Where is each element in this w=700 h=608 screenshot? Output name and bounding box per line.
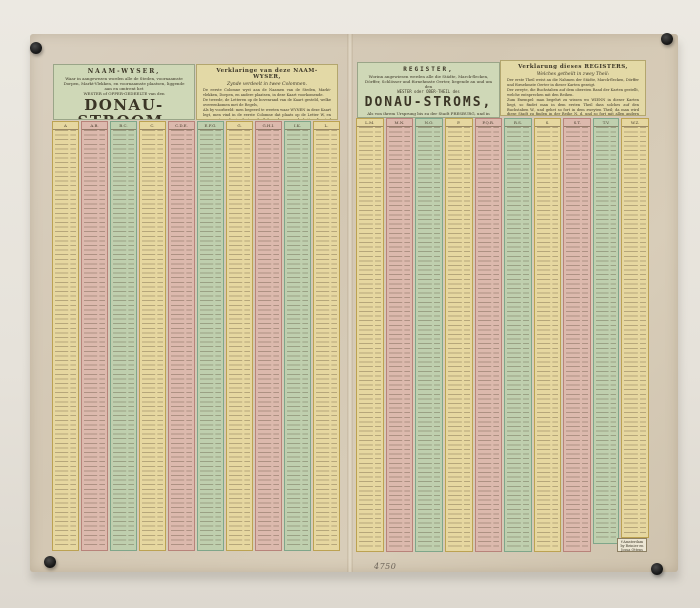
left-explanation-box: Verklaringe van deze NAAM-WYSER, Zynde v… [196, 64, 338, 120]
index-column: A.B. [81, 121, 108, 551]
column-header: G. [227, 122, 252, 130]
column-header: I.K. [285, 122, 310, 130]
index-column: I.K. [284, 121, 311, 551]
column-header: L.M. [357, 119, 383, 127]
index-entries [537, 127, 559, 549]
index-column: S.T. [563, 118, 591, 552]
pin-bottom-right-icon [651, 563, 663, 575]
index-entries [566, 127, 588, 549]
index-column: M.N. [386, 118, 414, 552]
index-entries [359, 127, 381, 549]
index-column: C. [139, 121, 166, 551]
column-header: L. [314, 122, 339, 130]
column-header: G.H.I. [256, 122, 281, 130]
inventory-mark: 4750 [374, 562, 396, 571]
index-entries [84, 130, 105, 548]
index-column: P.Q.R. [475, 118, 503, 552]
right-explanation-para2: Der zweyte, die Buchstaben auf dem obers… [507, 88, 639, 97]
index-column: R.S. [504, 118, 532, 552]
column-header: P. [446, 119, 472, 127]
right-title-extent: Als von ihrem Ursprung bis zu der Stadt … [364, 111, 493, 118]
pin-top-left-icon [30, 42, 42, 54]
left-title-heading: NAAM-WYSER, [60, 68, 188, 75]
pin-bottom-left-icon [44, 556, 56, 568]
index-entries [316, 130, 337, 548]
left-explanation-para3: Als by voorbeeld: men begeerd te weeten … [203, 108, 331, 120]
index-entries [55, 130, 76, 548]
column-header: C. [140, 122, 165, 130]
index-entries [507, 127, 529, 549]
right-explanation-para3: Zum Exempel: man begehrt zu wissen wo WI… [507, 98, 639, 116]
index-entries [478, 127, 500, 549]
index-column: C.D.E. [168, 121, 195, 551]
index-entries [200, 130, 221, 548]
index-entries [448, 127, 470, 549]
left-explanation-subheading: Zynde verdeelt in twee Colomnen. [203, 82, 331, 87]
index-entries [142, 130, 163, 548]
column-header: A [53, 122, 78, 130]
right-explanation-subheading: Welches getheilt in zwey Theil: [507, 72, 639, 77]
column-header: P.Q.R. [476, 119, 502, 127]
column-header: R.S. [505, 119, 531, 127]
column-header: M.N. [387, 119, 413, 127]
index-column: A [52, 121, 79, 551]
index-column: E.F.G. [197, 121, 224, 551]
index-column: P. [445, 118, 473, 552]
left-title-box: NAAM-WYSER, Waar in aangewezen worden al… [53, 64, 195, 120]
index-column: G. [226, 121, 253, 551]
index-entries [418, 127, 440, 549]
index-column: G.H.I. [255, 121, 282, 551]
index-column: W.Z. [621, 118, 649, 538]
right-explanation-box: Verklarung dieses REGISTERS, Welches get… [500, 60, 646, 116]
column-header: B.C. [111, 122, 136, 130]
left-index-columns: A A.B. B.C. C. C.D.E. E.F.G. G. G.H.I. I… [52, 121, 340, 551]
column-header: S.T. [564, 119, 590, 127]
right-index-columns: L.M. M.N. N.O. P. P.Q.R. R.S. S. S.T. T.… [356, 118, 649, 552]
index-entries [624, 127, 646, 535]
column-header: A.B. [82, 122, 107, 130]
column-header: W.Z. [622, 119, 648, 127]
index-column: L. [313, 121, 340, 551]
index-column: T.V. [593, 118, 619, 544]
left-explanation-para2: De tweede, de Letteren op de bovenrand v… [203, 98, 331, 107]
right-main-title: DONAU-STROMS, [364, 95, 493, 111]
left-explanation-para1: De eerste Colomne wyst aan de Naamen van… [203, 88, 331, 97]
column-header: N.O. [416, 119, 442, 127]
left-explanation-heading: Verklaringe van deze NAAM-WYSER, [203, 68, 331, 80]
pin-top-right-icon [661, 33, 673, 45]
index-column: N.O. [415, 118, 443, 552]
column-header: C.D.E. [169, 122, 194, 130]
index-entries [287, 130, 308, 548]
right-title-box: REGISTER, Worinn angewiesen werden alle … [357, 62, 500, 118]
left-title-intro: Waar in aangewezen worden alle de Steden… [60, 76, 188, 91]
index-column: S. [534, 118, 562, 552]
index-entries [258, 130, 279, 548]
left-main-title: DONAU-STROOM, [60, 97, 188, 120]
center-fold [347, 34, 353, 572]
right-title-subject: WESTER oder OBER-THEIL des [364, 89, 493, 94]
column-header: E.F.G. [198, 122, 223, 130]
right-title-heading: REGISTER, [364, 66, 493, 73]
index-entries [113, 130, 134, 548]
publisher-colophon: t'Amsterdam by Reinier en Josua Ottens [617, 538, 647, 552]
index-entries [596, 127, 616, 541]
index-entries [229, 130, 250, 548]
right-title-intro: Worinn angewiesen werden alle die Städte… [364, 74, 493, 89]
index-column: L.M. [356, 118, 384, 552]
right-explanation-para1: Der erste Theil weist an die Nahmen der … [507, 78, 639, 87]
right-explanation-heading: Verklarung dieses REGISTERS, [507, 64, 639, 70]
column-header: S. [535, 119, 561, 127]
index-column: B.C. [110, 121, 137, 551]
index-entries [389, 127, 411, 549]
index-entries [171, 130, 192, 548]
column-header: T.V. [594, 119, 618, 127]
